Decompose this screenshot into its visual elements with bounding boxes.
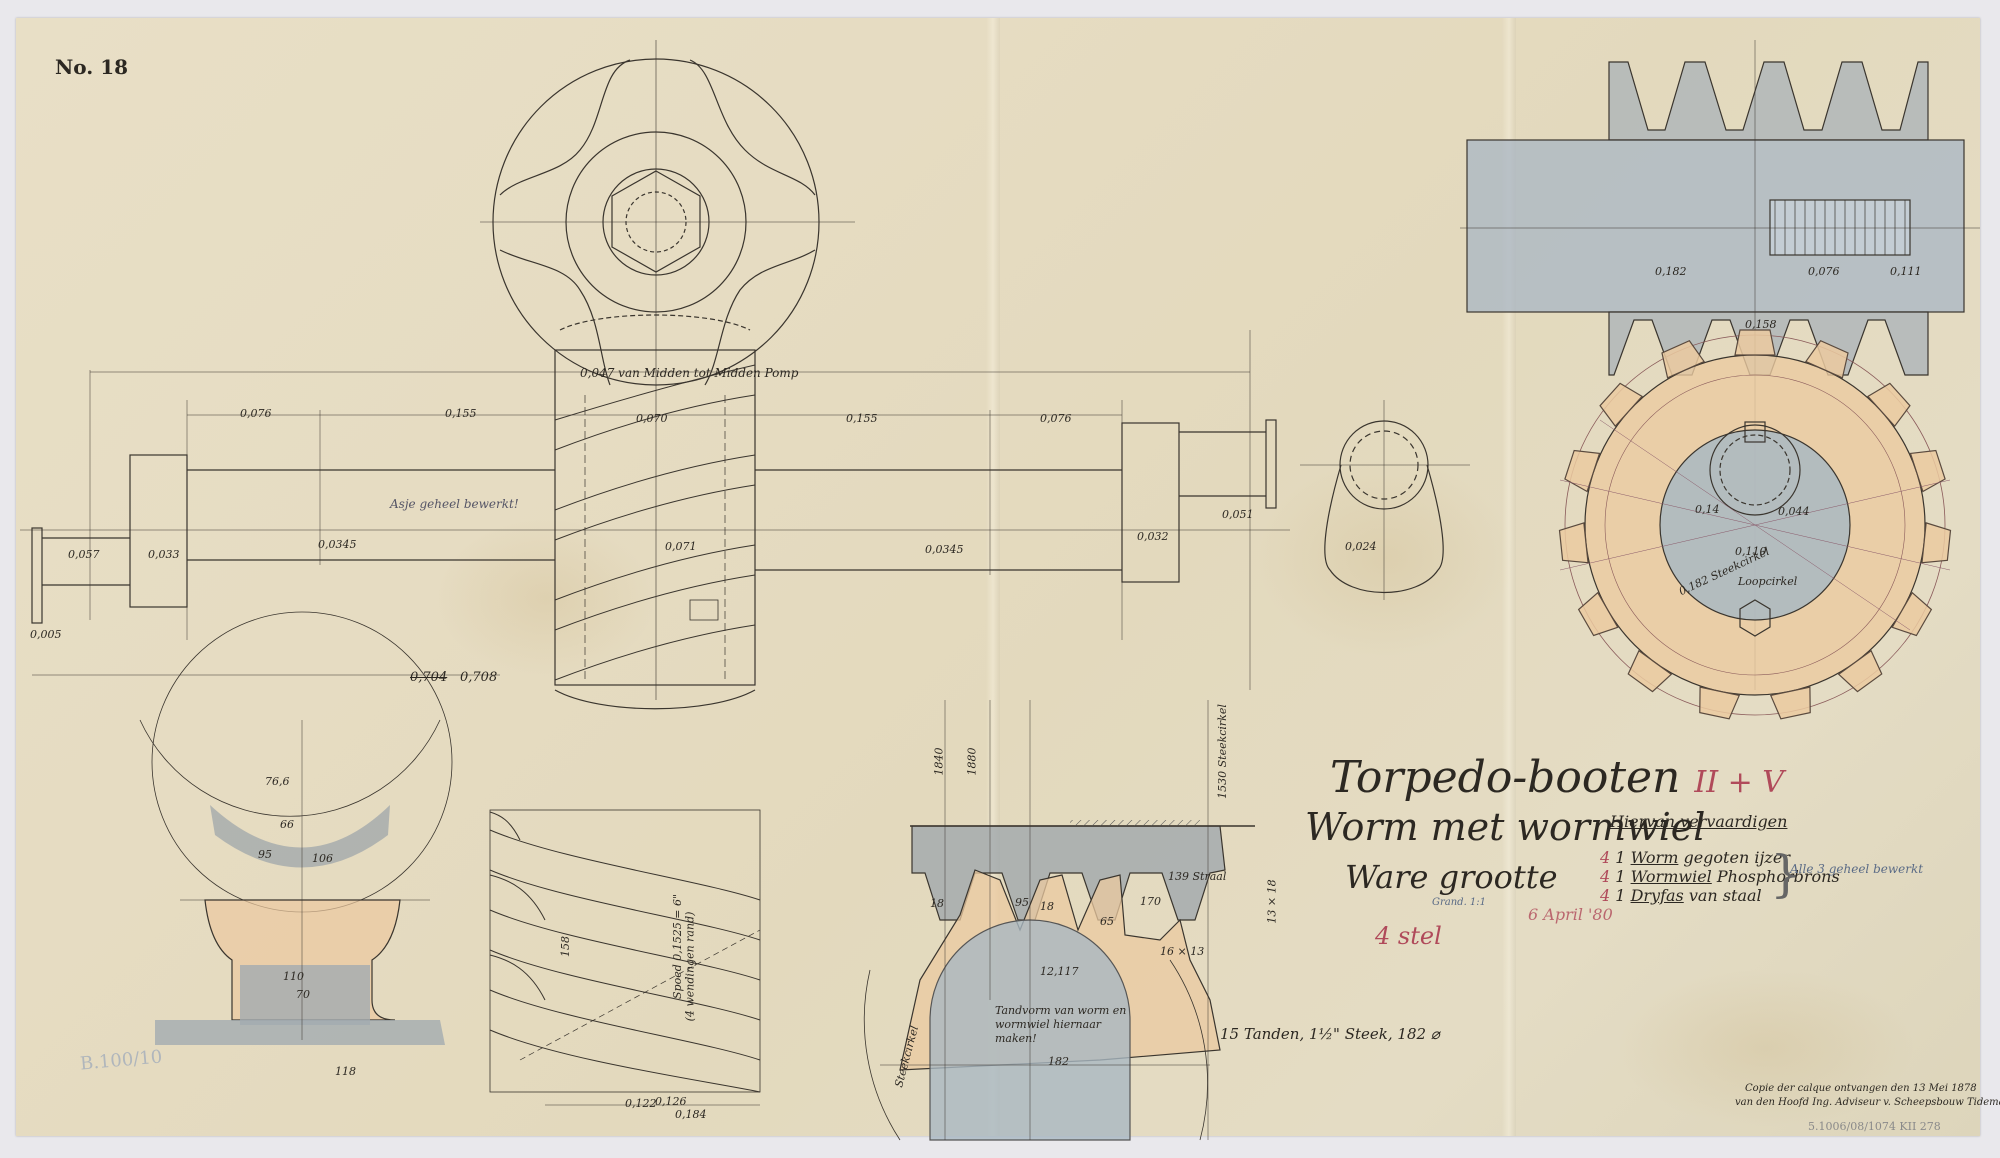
dim-label: 0,005 xyxy=(30,628,62,641)
dim-label: 0,057 xyxy=(68,548,100,561)
dim-label: 95 xyxy=(1015,896,1029,909)
dim-label: 0,111 xyxy=(1890,265,1922,278)
title-line-3: Ware grootte xyxy=(1345,858,1558,896)
dim-label: 0,032 xyxy=(1137,530,1169,543)
dim-label: 65 xyxy=(1100,915,1114,928)
tooth-note: Tandvorm van worm en wormwiel hiernaar m… xyxy=(995,1004,1145,1046)
worm-thread-detail xyxy=(490,810,760,1105)
dim-label: 0,076 xyxy=(1040,412,1072,425)
dim-label: 0,155 xyxy=(846,412,878,425)
dim-label: 1840 xyxy=(933,748,946,776)
dim-label: 0,158 xyxy=(1745,318,1777,331)
dim-label: 13 × 18 xyxy=(1266,879,1279,923)
dim-label: 0,184 xyxy=(675,1108,707,1121)
dim-label: Loopcirkel xyxy=(1738,575,1797,588)
dim-label: 0,070 xyxy=(636,412,668,425)
shaft-note: Asje geheel bewerkt! xyxy=(390,497,519,511)
tooth-profile-detail xyxy=(864,700,1255,1140)
dim-label: 0,14 xyxy=(1695,503,1720,516)
dim-label: 0,182 xyxy=(1655,265,1687,278)
dim-label: 0,155 xyxy=(445,407,477,420)
dim-label: 158 xyxy=(559,936,572,957)
dim-total-struck: 0,704 xyxy=(410,670,447,685)
scale-note: Grand. 1:1 xyxy=(1432,897,1486,908)
pitch-sub-label: (4 wendingen rand) xyxy=(683,912,696,1022)
title-boats: Torpedo-booten xyxy=(1330,752,1680,803)
dim-label: 66 xyxy=(280,818,294,831)
shaft-drawing xyxy=(20,330,1290,690)
dim-label: 0,076 xyxy=(240,407,272,420)
pitch-label: Spoed 0,1525 = 6" xyxy=(671,894,684,999)
copy-note-line-1: Copie der calque ontvangen den 13 Mei 18… xyxy=(1745,1083,1977,1094)
archive-stamp: 5.1006/08/1074 KII 278 xyxy=(1808,1120,1941,1133)
dim-label: 0,071 xyxy=(665,540,697,553)
title-boat-numbers: II + V xyxy=(1694,765,1784,800)
dim-label: 182 xyxy=(1048,1055,1069,1068)
dim-label: 0,044 xyxy=(1778,505,1810,518)
dim-label: 118 xyxy=(335,1065,356,1078)
dim-total: 0,708 xyxy=(460,670,497,685)
dim-label: 0,051 xyxy=(1222,508,1254,521)
dim-label: 0,076 xyxy=(1808,265,1840,278)
parts-list-heading: Hiervan vervaardigen xyxy=(1610,812,1787,831)
dim-label: 16 × 13 xyxy=(1160,945,1204,958)
dim-label: 18 xyxy=(1040,900,1054,913)
brace-note: Alle 3 geheel bewerkt xyxy=(1790,862,1923,876)
dim-label: 170 xyxy=(1140,895,1161,908)
cam-dim-label: 0,024 xyxy=(1345,540,1377,553)
parts-list: 4 1 Worm gegoten ijzer 4 1 Wormwiel Phos… xyxy=(1600,848,1840,905)
dim-label: 12,117 xyxy=(1040,965,1079,978)
dim-label: 139 Straal xyxy=(1168,870,1226,883)
dim-label: 0,0345 xyxy=(925,543,964,556)
dim-label: 0,126 xyxy=(655,1095,687,1108)
dim-label: 0,122 xyxy=(625,1097,657,1110)
dim-label: 70 xyxy=(296,988,310,1001)
gear-note: 15 Tanden, 1½" Steek, 182 ⌀ xyxy=(1220,1025,1440,1043)
dim-label: 76,6 xyxy=(265,775,290,788)
sheet-number: No. 18 xyxy=(55,55,128,79)
wormwheel-front-view xyxy=(1559,330,1951,720)
dim-label: 1530 Steekcirkel xyxy=(1216,704,1229,799)
quantity-note: 4 stel xyxy=(1375,922,1442,950)
parts-list-item: 4 1 Dryfas van staal xyxy=(1600,886,1840,905)
shaft-dim-note: 0,047 van Midden tot Midden Pomp xyxy=(580,366,798,380)
dim-label: 110 xyxy=(283,970,304,983)
date-note: 6 April '80 xyxy=(1528,905,1613,924)
dim-label: 18 xyxy=(930,897,944,910)
dim-label: 0,033 xyxy=(148,548,180,561)
copy-note-line-2: van den Hoofd Ing. Adviseur v. Scheepsbo… xyxy=(1735,1097,2000,1108)
dim-label: 106 xyxy=(312,852,333,865)
dim-label: 95 xyxy=(258,848,272,861)
title-line-1: Torpedo-booten II + V xyxy=(1330,752,1784,803)
dim-label: 1880 xyxy=(966,748,979,776)
dim-label: 0,0345 xyxy=(318,538,357,551)
cam-detail xyxy=(1300,400,1470,600)
